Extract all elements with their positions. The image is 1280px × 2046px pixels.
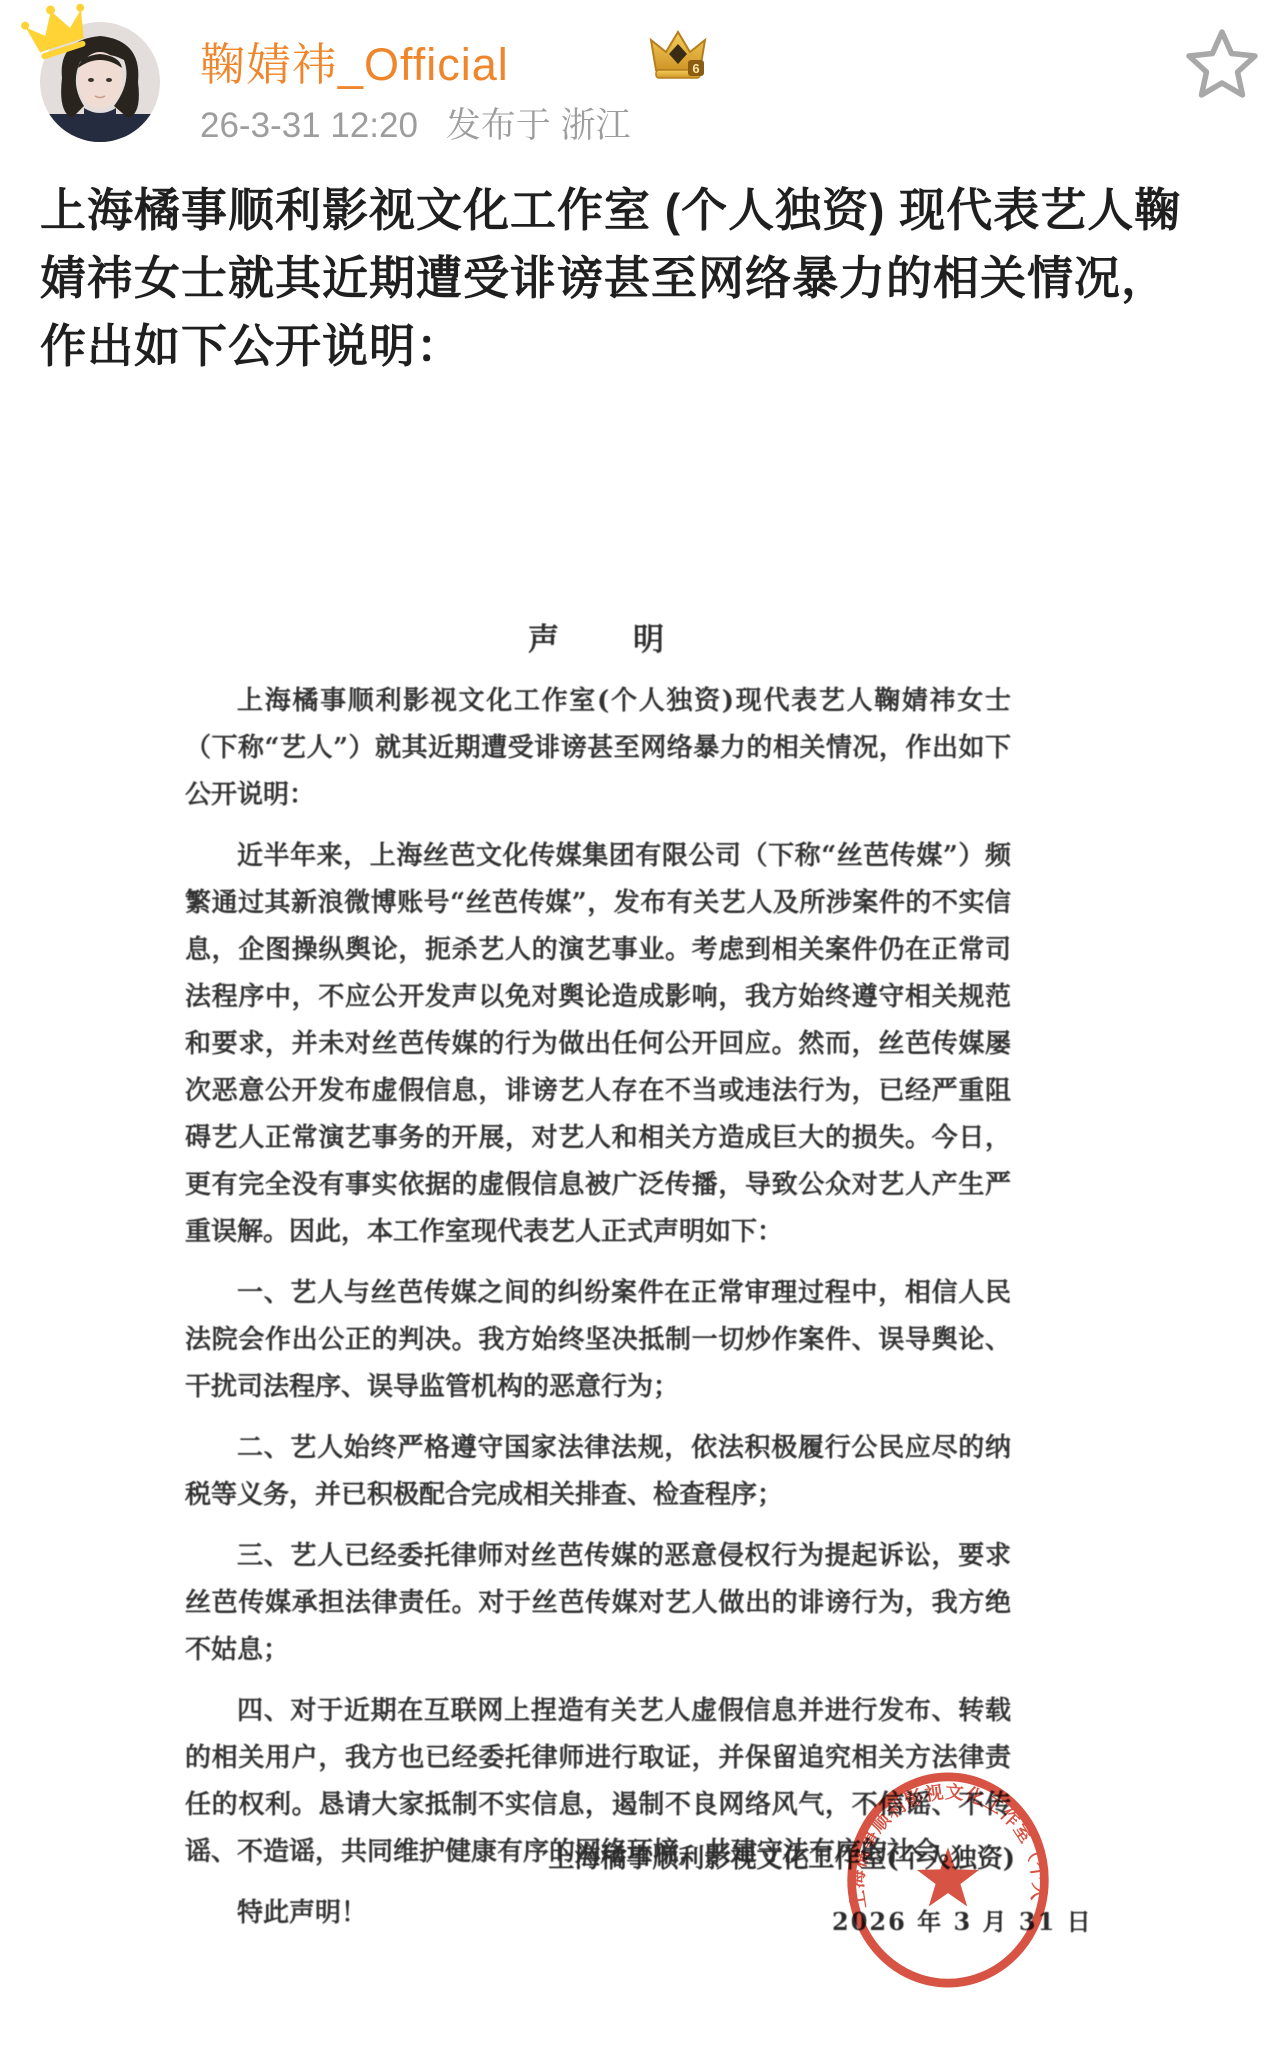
statement-document-image[interactable]: 声 明 上海橘事顺利影视文化工作室(个人独资)现代表艺人鞠婧祎女士（下称“艺人”… <box>0 580 1280 2046</box>
document-title: 声 明 <box>185 614 1011 659</box>
timestamp: 26-3-31 12:20 发布于 浙江 <box>200 98 630 148</box>
svg-text:6: 6 <box>692 61 699 76</box>
avatar[interactable] <box>40 22 160 142</box>
favorite-star-button[interactable] <box>1180 20 1264 106</box>
post-time: 26-3-31 12:20 <box>200 106 418 145</box>
post-text-line: 作出如下公开说明： <box>40 312 1250 380</box>
document-paragraph: 二、艺人始终严格遵守国家法律法规，依法积极履行公民应尽的纳税等义务，并已积极配合… <box>185 1425 1011 1519</box>
document-paragraph: 近半年来，上海丝芭文化传媒集团有限公司（下称“丝芭传媒”）频繁通过其新浪微博账号… <box>185 833 1011 1256</box>
username-link[interactable]: 鞠婧祎_Official <box>200 28 509 93</box>
seal-star-icon <box>917 1847 979 1906</box>
post-text-line: 婧祎女士就其近期遭受诽谤甚至网络暴力的相关情况， <box>40 244 1250 312</box>
vip-crown-level-badge-icon[interactable]: 6 <box>648 26 708 82</box>
post-text-line: 上海橘事顺利影视文化工作室 (个人独资) 现代表艺人鞠 <box>40 176 1250 244</box>
post-text: 上海橘事顺利影视文化工作室 (个人独资) 现代表艺人鞠 婧祎女士就其近期遭受诽谤… <box>40 176 1250 380</box>
document-paragraph: 一、艺人与丝芭传媒之间的纠纷案件在正常审理过程中，相信人民法院会作出公正的判决。… <box>185 1270 1011 1411</box>
posted-from-location[interactable]: 浙江 <box>560 106 630 145</box>
document-body: 上海橘事顺利影视文化工作室(个人独资)现代表艺人鞠婧祎女士（下称“艺人”）就其近… <box>185 678 1011 1951</box>
company-seal-stamp: 上海橘事顺利影视文化工作室（个人独资） <box>842 1766 1054 1994</box>
document-paragraph: 上海橘事顺利影视文化工作室(个人独资)现代表艺人鞠婧祎女士（下称“艺人”）就其近… <box>185 678 1011 819</box>
document-paragraph: 三、艺人已经委托律师对丝芭传媒的恶意侵权行为提起诉讼，要求丝芭传媒承担法律责任。… <box>185 1533 1011 1674</box>
post-header: 鞠婧祎_Official 6 26-3-31 12:20 发布于 浙江 <box>0 0 1280 160</box>
posted-from-label: 发布于 <box>446 106 551 145</box>
